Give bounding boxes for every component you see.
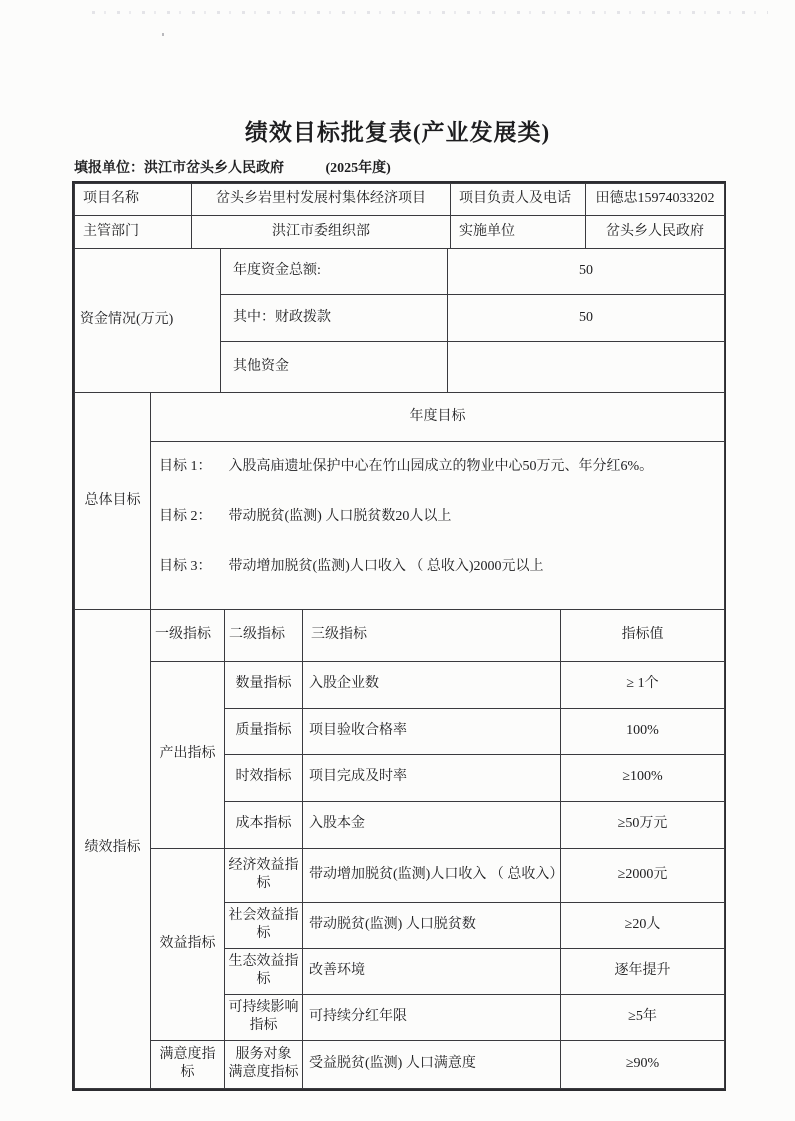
table-row: 绩效指标 一级指标 二级指标 三级指标 指标值 <box>75 609 725 661</box>
indicator-l2: 经济效益指 标 <box>225 848 303 902</box>
goal-1-name: 目标 1： <box>159 458 225 476</box>
funding-fiscal-value: 50 <box>448 295 725 342</box>
table-row: 满意度指 标 服务对象 满意度指标 受益脱贫(监测) 人口满意度 ≥90% <box>75 1040 725 1088</box>
indicator-l3: 带动脱贫(监测) 人口脱贫数 <box>303 902 561 948</box>
reporter-unit-label: 填报单位：洪江市岔头乡人民政府 <box>74 161 284 176</box>
annual-goal-header: 年度目标 <box>151 393 725 442</box>
indicator-value: ≥2000元 <box>561 848 725 902</box>
indicator-l3: 改善环境 <box>303 948 561 994</box>
scanned-form-page: 绩效目标批复表(产业发展类) 填报单位：洪江市岔头乡人民政府 (2025年度) … <box>0 0 795 1121</box>
funding-section-label: 资金情况(万元) <box>75 249 221 393</box>
scan-speck <box>162 33 164 36</box>
page-title: 绩效目标批复表(产业发展类) <box>0 114 795 147</box>
indicator-l3: 入股企业数 <box>303 661 561 708</box>
table-row: 总体目标 年度目标 <box>75 393 725 442</box>
goal-3-name: 目标 3： <box>159 558 225 576</box>
table-row: 目标 1： 入股高庙遗址保护中心在竹山园成立的物业中心50万元、年分红6%。 目… <box>75 442 725 610</box>
indicator-l2: 数量指标 <box>225 661 303 708</box>
goal-2-text: 带动脱贫(监测) 人口脱贫数20人以上 <box>229 509 452 524</box>
funding-fiscal-label: 其中：财政拨款 <box>221 295 448 342</box>
indicator-l3: 入股本金 <box>303 801 561 848</box>
indicator-l2: 成本指标 <box>225 801 303 848</box>
form-table: 项目名称 岔头乡岩里村发展村集体经济项目 项目负责人及电话 田德忠1597403… <box>72 181 726 1091</box>
indicator-l2: 社会效益指 标 <box>225 902 303 948</box>
table-row: 产出指标 数量指标 入股企业数 ≥ 1个 <box>75 661 725 708</box>
group-benefit-label: 效益指标 <box>151 848 225 1040</box>
project-leader-label: 项目负责人及电话 <box>451 184 586 216</box>
goal-line-2: 目标 2： 带动脱贫(监测) 人口脱贫数20人以上 <box>159 508 720 526</box>
implement-unit-label: 实施单位 <box>451 216 586 249</box>
funding-other-value <box>448 342 725 393</box>
goal-2-name: 目标 2： <box>159 508 225 526</box>
goal-line-1: 目标 1： 入股高庙遗址保护中心在竹山园成立的物业中心50万元、年分红6%。 <box>159 458 720 476</box>
project-name-value: 岔头乡岩里村发展村集体经济项目 <box>192 184 451 216</box>
indicator-value: ≥90% <box>561 1040 725 1088</box>
goal-line-3: 目标 3： 带动增加脱贫(监测)人口收入 （ 总收入)2000元以上 <box>159 558 720 576</box>
supervisor-dept-label: 主管部门 <box>75 216 192 249</box>
indicator-l2: 质量指标 <box>225 708 303 754</box>
supervisor-dept-value: 洪江市委组织部 <box>192 216 451 249</box>
goal-3-text: 带动增加脱贫(监测)人口收入 （ 总收入)2000元以上 <box>229 559 544 574</box>
indicator-value: ≥100% <box>561 754 725 801</box>
indicator-value: ≥ 1个 <box>561 661 725 708</box>
project-name-label: 项目名称 <box>75 184 192 216</box>
fiscal-year-label: (2025年度) <box>326 161 391 176</box>
indicators-section-label: 绩效指标 <box>75 609 151 1088</box>
header-level3: 三级指标 <box>303 609 561 661</box>
header-indicator-value: 指标值 <box>561 609 725 661</box>
indicator-l2: 服务对象 满意度指标 <box>225 1040 303 1088</box>
table-row: 效益指标 经济效益指 标 带动增加脱贫(监测)人口收入 （ 总收入） ≥2000… <box>75 848 725 902</box>
indicator-value: 逐年提升 <box>561 948 725 994</box>
indicator-l2: 可持续影响 指标 <box>225 994 303 1040</box>
project-info-table: 项目名称 岔头乡岩里村发展村集体经济项目 项目负责人及电话 田德忠1597403… <box>74 183 725 249</box>
funding-other-label: 其他资金 <box>221 342 448 393</box>
group-output-label: 产出指标 <box>151 661 225 848</box>
table-row: 项目名称 岔头乡岩里村发展村集体经济项目 项目负责人及电话 田德忠1597403… <box>75 184 725 216</box>
funding-total-label: 年度资金总额: <box>221 249 448 295</box>
annual-goal-list: 目标 1： 入股高庙遗址保护中心在竹山园成立的物业中心50万元、年分红6%。 目… <box>151 442 725 610</box>
indicator-value: 100% <box>561 708 725 754</box>
indicator-l3: 受益脱贫(监测) 人口满意度 <box>303 1040 561 1088</box>
implement-unit-value: 岔头乡人民政府 <box>586 216 725 249</box>
scan-noise-band <box>92 11 768 14</box>
indicator-l2: 时效指标 <box>225 754 303 801</box>
funding-table: 资金情况(万元) 年度资金总额: 50 其中：财政拨款 50 其他资金 <box>74 248 725 393</box>
funding-total-value: 50 <box>448 249 725 295</box>
goal-1-text: 入股高庙遗址保护中心在竹山园成立的物业中心50万元、年分红6%。 <box>229 459 654 474</box>
indicator-value: ≥50万元 <box>561 801 725 848</box>
indicator-l3: 项目验收合格率 <box>303 708 561 754</box>
overall-goal-table: 总体目标 年度目标 目标 1： 入股高庙遗址保护中心在竹山园成立的物业中心50万… <box>74 392 725 610</box>
header-level2: 二级指标 <box>225 609 303 661</box>
indicator-value: ≥5年 <box>561 994 725 1040</box>
group-satisfaction-label: 满意度指 标 <box>151 1040 225 1088</box>
overall-goal-label: 总体目标 <box>75 393 151 610</box>
indicator-l3: 带动增加脱贫(监测)人口收入 （ 总收入） <box>303 848 561 902</box>
table-row: 资金情况(万元) 年度资金总额: 50 <box>75 249 725 295</box>
reporter-line: 填报单位：洪江市岔头乡人民政府 (2025年度) <box>74 157 391 177</box>
indicator-l3: 可持续分红年限 <box>303 994 561 1040</box>
header-level1: 一级指标 <box>151 609 225 661</box>
indicators-table: 绩效指标 一级指标 二级指标 三级指标 指标值 产出指标 数量指标 入股企业数 … <box>74 609 725 1089</box>
indicator-value: ≥20人 <box>561 902 725 948</box>
indicator-l2: 生态效益指 标 <box>225 948 303 994</box>
project-leader-value: 田德忠15974033202 <box>586 184 725 216</box>
table-row: 主管部门 洪江市委组织部 实施单位 岔头乡人民政府 <box>75 216 725 249</box>
indicator-l3: 项目完成及时率 <box>303 754 561 801</box>
